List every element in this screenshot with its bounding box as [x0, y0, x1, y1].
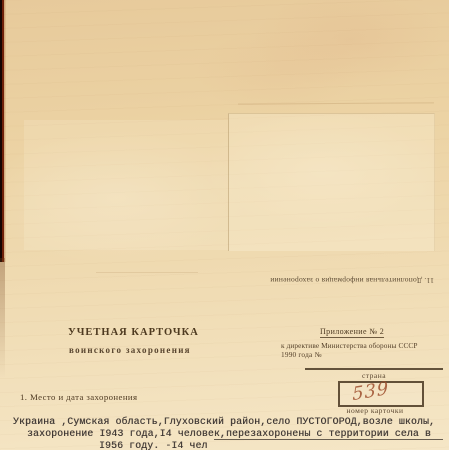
upside-down-section11-label: 11. Дополнительная информация о захороне…	[226, 276, 434, 285]
annex-year-label: 1990 года №	[281, 350, 322, 359]
page-spine-edge-fade	[0, 258, 5, 378]
pressed-through-rectangle-right	[228, 113, 435, 251]
typed-location-line1: Украина ,Сумская область,Глуховский райо…	[13, 416, 435, 427]
country-underline-rule	[305, 368, 443, 370]
pressed-through-rectangle-left	[24, 120, 228, 250]
scanned-burial-registration-card: 11. Дополнительная информация о захороне…	[0, 0, 449, 450]
annex-number-label: Приложение № 2	[320, 327, 384, 338]
typed-location-line3: I956 году. -I4 чел	[99, 440, 208, 450]
typed-location-line2: захоронение I943 года,I4 человек,перезах…	[27, 428, 431, 439]
fill-in-underline-rule	[214, 439, 443, 440]
card-subtitle: воинского захоронения	[69, 345, 191, 355]
paper-crease-top	[238, 102, 434, 104]
card-title: УЧЕТНАЯ КАРТОЧКА	[68, 327, 199, 338]
country-field-label: страна	[305, 371, 443, 380]
annex-directive-label: к директиве Министерства обороны СССР	[281, 341, 418, 350]
section1-heading: 1. Место и дата захоронения	[20, 392, 137, 402]
paper-crease-middle	[96, 272, 198, 273]
card-number-field-label: номер карточки	[305, 406, 445, 415]
card-number-box: 539	[338, 381, 424, 407]
card-number-handwritten-value: 539	[352, 378, 390, 406]
page-spine-edge	[0, 0, 6, 262]
